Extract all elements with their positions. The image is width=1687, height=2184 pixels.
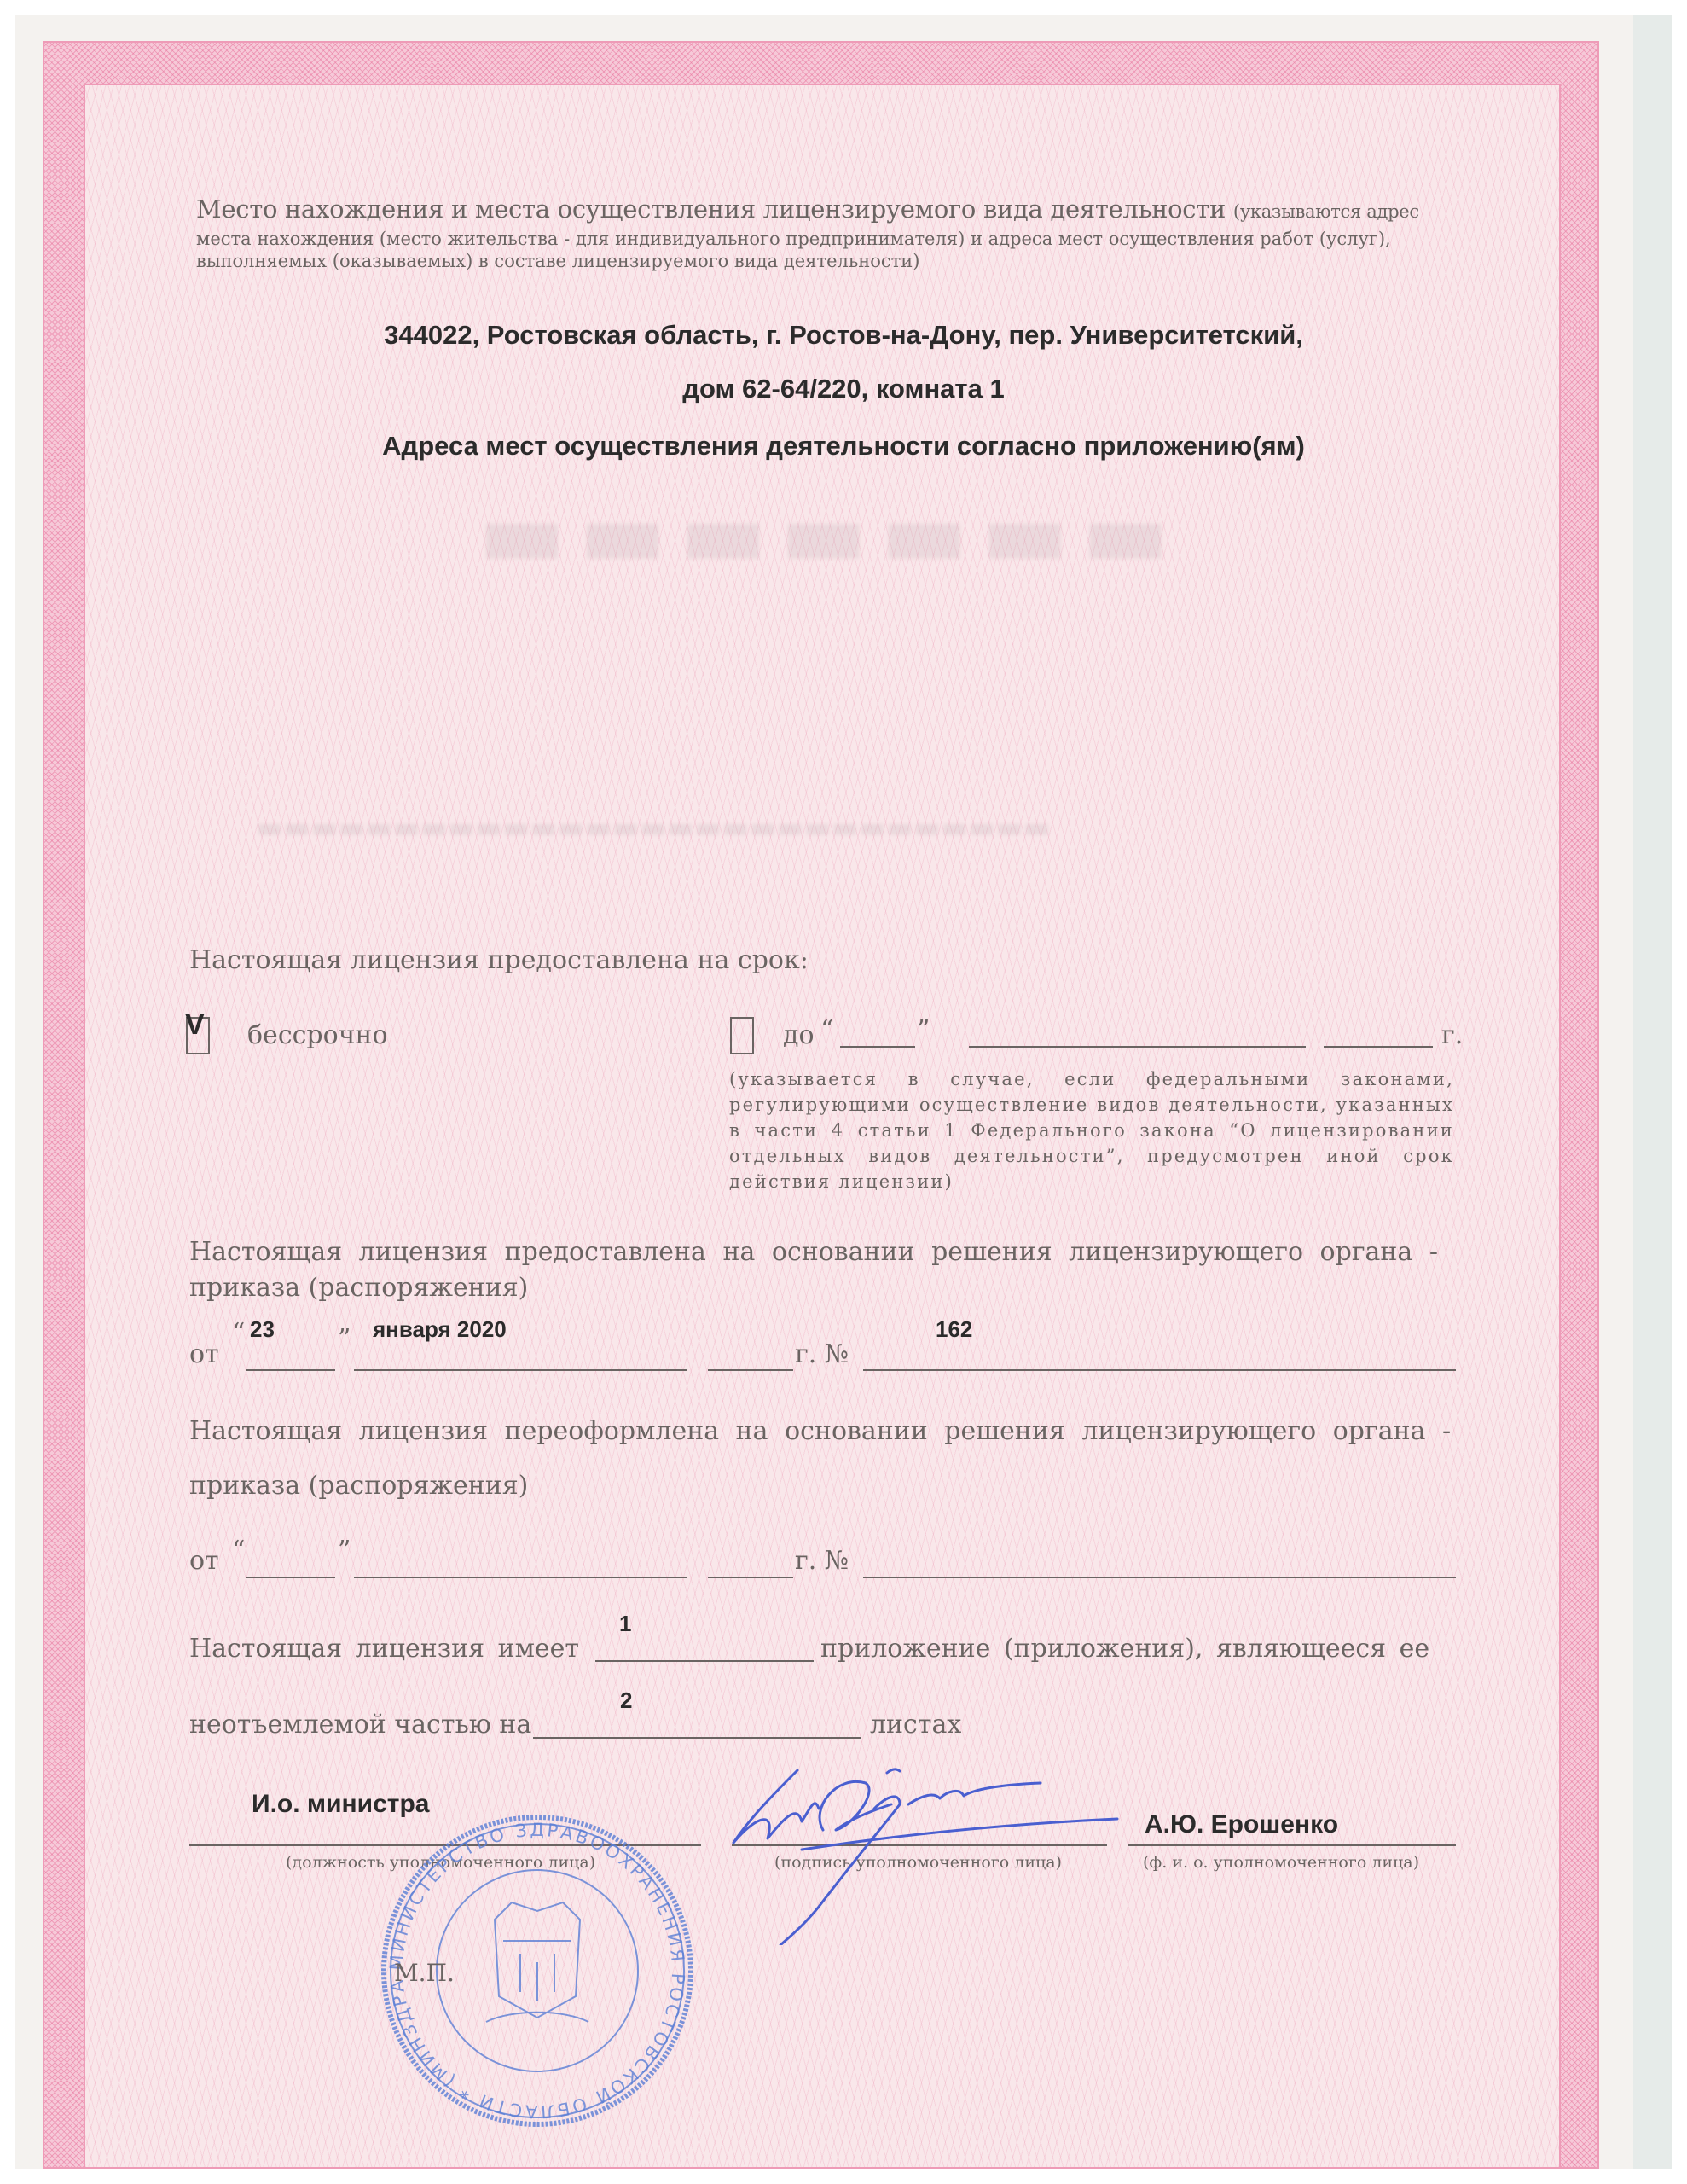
term-note: (указывается в случае, если федеральными…	[729, 1066, 1454, 1194]
granted-line-2: приказа (распоряжения)	[189, 1273, 528, 1303]
reissued-day-field[interactable]	[246, 1577, 335, 1578]
location-heading-main: Место нахождения и места осуществления л…	[196, 195, 1226, 224]
appendix-line2-after: листах	[870, 1710, 961, 1740]
term-label: Настоящая лицензия предоставлена на срок…	[189, 945, 809, 975]
until-year-field[interactable]	[1324, 1046, 1433, 1048]
granted-number-value: 162	[936, 1316, 972, 1343]
granted-line-1: Настоящая лицензия предоставлена на осно…	[189, 1237, 1438, 1267]
until-checkbox[interactable]	[730, 1017, 754, 1054]
granted-year-field[interactable]	[708, 1369, 793, 1371]
reissued-number-label: г. №	[795, 1546, 849, 1576]
quote-close: ”	[338, 1324, 351, 1354]
granted-day-field[interactable]	[246, 1369, 335, 1371]
location-heading-note: (указываются адрес	[1233, 201, 1419, 222]
location-heading-line3: выполняемых (оказываемых) в составе лице…	[196, 251, 919, 271]
until-label: до	[783, 1020, 815, 1050]
location-heading-line2: места нахождения (место жительства - для…	[196, 229, 1391, 249]
address-line-2: дом 62-64/220, комната 1	[0, 374, 1687, 404]
reissued-number-field[interactable]	[863, 1577, 1456, 1578]
until-month-field[interactable]	[969, 1046, 1306, 1048]
seal-place-label: М.П.	[394, 1959, 455, 1987]
granted-month-field[interactable]	[354, 1369, 687, 1371]
year-suffix: г.	[1441, 1020, 1463, 1050]
reissued-year-field[interactable]	[708, 1577, 793, 1578]
granted-day-value: 23	[250, 1316, 275, 1343]
location-heading: Место нахождения и места осуществления л…	[196, 195, 1419, 224]
sheet-count-field[interactable]	[533, 1737, 861, 1739]
quote-open: “	[232, 1536, 245, 1565]
quote-open: “	[820, 1015, 833, 1045]
appendix-line2-before: неотъемлемой частью на	[189, 1710, 531, 1740]
show-through-ghost: ▬▬▬▬▬▬▬▬▬▬▬▬▬▬▬▬▬▬▬▬▬▬▬▬▬▬▬▬▬	[256, 810, 1051, 845]
quote-close: ”	[917, 1015, 930, 1045]
address-line-3: Адреса мест осуществления деятельности с…	[0, 431, 1687, 462]
reissued-line-1: Настоящая лицензия переоформлена на осно…	[189, 1416, 1451, 1446]
granted-number-field[interactable]	[863, 1369, 1456, 1371]
check-mark-icon: V	[185, 1008, 205, 1042]
reissued-line-2: приказа (распоряжения)	[189, 1471, 528, 1501]
granted-from-label: от	[189, 1339, 219, 1369]
reissued-from-label: от	[189, 1546, 219, 1576]
until-day-field[interactable]	[840, 1046, 915, 1048]
appendix-count-field[interactable]	[595, 1660, 814, 1662]
address-line-1: 344022, Ростовская область, г. Ростов-на…	[0, 320, 1687, 351]
reissued-month-field[interactable]	[354, 1577, 687, 1578]
appendix-count-value: 1	[619, 1611, 631, 1637]
unlimited-label: бессрочно	[247, 1020, 388, 1050]
handwritten-signature	[716, 1757, 1194, 1945]
quote-close: ”	[338, 1536, 351, 1565]
quote-open: “	[232, 1318, 245, 1348]
appendix-line1-after: приложение (приложения), являющееся ее	[820, 1634, 1429, 1664]
granted-month-year-value: января 2020	[373, 1316, 507, 1343]
show-through-ghost: ▬▬▬▬▬▬▬	[478, 478, 1182, 588]
sheet-count-value: 2	[620, 1687, 632, 1714]
granted-number-label: г. №	[795, 1339, 849, 1369]
appendix-line1-before: Настоящая лицензия имеет	[189, 1634, 579, 1664]
